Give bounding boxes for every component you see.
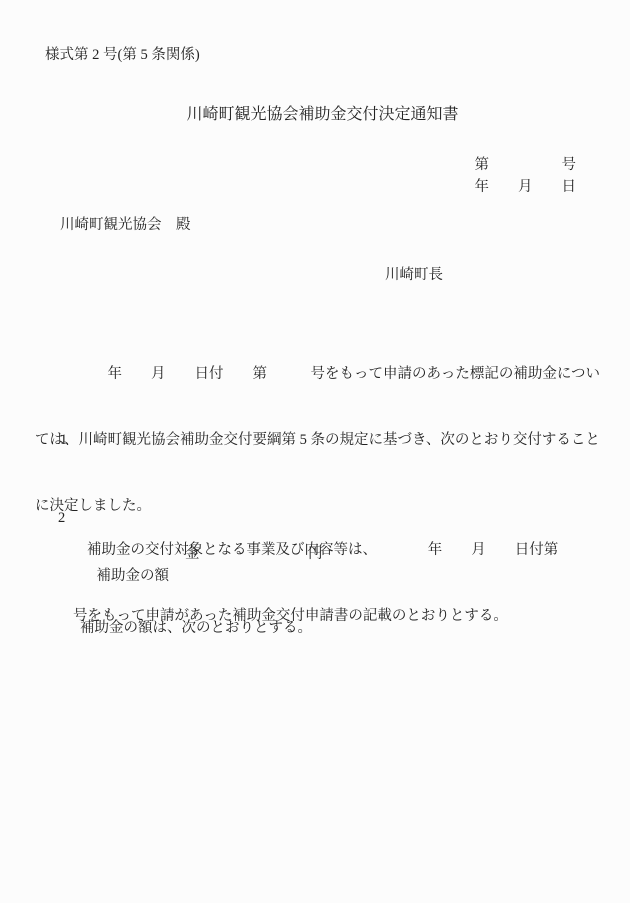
subsidy-amount-line: 補助金の額 金 円 <box>82 543 169 653</box>
recipient-line: 川崎町観光協会 殿 <box>60 214 191 236</box>
document-date-blank-line: 年 月 日 <box>475 176 577 198</box>
form-number: 様式第 2 号(第 5 条関係) <box>45 44 200 66</box>
document-page: 様式第 2 号(第 5 条関係) 川崎町観光協会補助金交付決定通知書 第 号 年… <box>0 0 630 903</box>
document-number-blank-line: 第 号 <box>475 154 577 176</box>
subsidy-amount-label: 補助金の額 <box>97 568 170 584</box>
sender-line: 川崎町長 <box>385 264 443 286</box>
document-title: 川崎町観光協会補助金交付決定通知書 <box>15 103 630 127</box>
list-item-1-number: 1 <box>60 429 67 451</box>
list-item-2-number: 2 <box>58 507 65 529</box>
subsidy-amount-currency-prefix: 金 <box>185 543 200 565</box>
subsidy-amount-unit: 円 <box>308 543 323 565</box>
paragraph-line-1: 年 月 日付 第 号をもって申請のあった標記の補助金につい <box>35 363 600 385</box>
